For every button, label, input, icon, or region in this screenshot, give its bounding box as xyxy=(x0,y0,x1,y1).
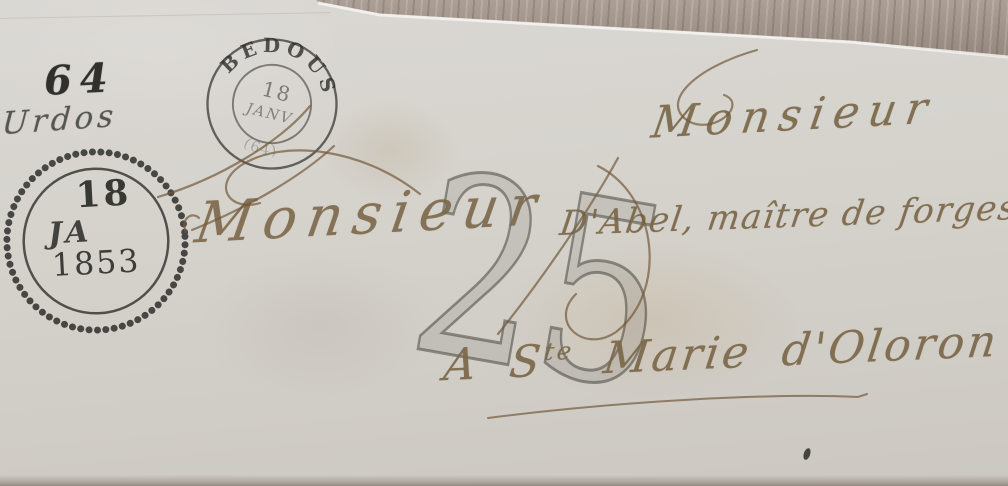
svg-text:(64): (64) xyxy=(240,133,283,162)
dotted-stamp-day: 18 xyxy=(75,172,133,216)
cds-day: 18 xyxy=(260,77,295,108)
photo-of-1853-letter: 64 Urdos 18 JA 1853 BEDOUS (64) 18 JANV xyxy=(0,0,1008,486)
dotted-datestamp: 18 JA 1853 xyxy=(0,137,200,345)
tax-25-digits: 25 xyxy=(395,118,690,448)
destination-superscript: te xyxy=(542,337,576,366)
cds-department-label: (64) xyxy=(240,133,283,162)
department-number-mark: 64 xyxy=(43,54,117,105)
dotted-stamp-year: 1853 xyxy=(51,243,141,284)
destination-prefix: A S xyxy=(441,336,547,392)
paper-bottom-fold-edge xyxy=(0,475,1008,486)
bedous-datestamp: BEDOUS (64) 18 JANV xyxy=(186,18,358,190)
